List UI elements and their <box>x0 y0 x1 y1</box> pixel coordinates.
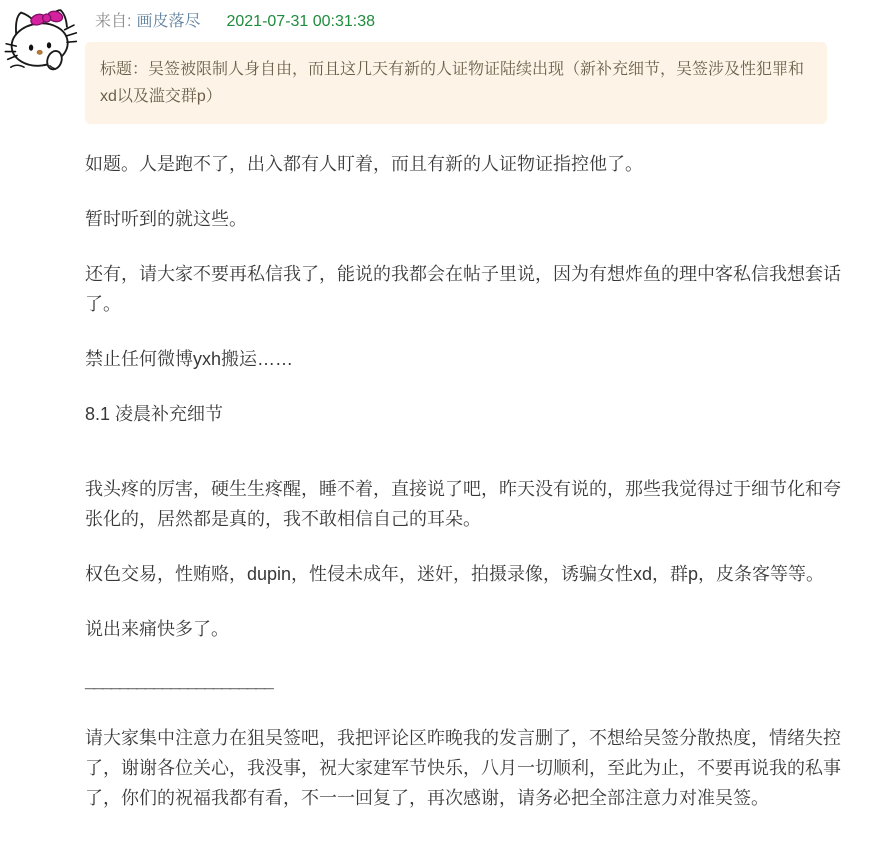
paragraph-5-heading: 8.1 凌晨补充细节 <box>85 399 847 429</box>
title-box: 标题：吴签被限制人身自由，而且这几天有新的人证物证陆续出现（新补充细节，吴签涉及… <box>85 42 827 124</box>
paragraph-9-closing: 请大家集中注意力在狙吴签吧，我把评论区昨晚我的发言删了，不想给吴签分散热度，情绪… <box>85 723 847 813</box>
paragraph-2: 暂时听到的就这些。 <box>85 204 847 234</box>
paragraph-3: 还有，请大家不要再私信我了，能说的我都会在帖子里说，因为有想炸鱼的理中客私信我想… <box>85 259 847 319</box>
forum-post-page: 来自:画皮落尽2021-07-31 00:31:38 标题：吴签被限制人身自由，… <box>0 0 870 850</box>
post-main: 来自:画皮落尽2021-07-31 00:31:38 标题：吴签被限制人身自由，… <box>0 0 870 813</box>
post-meta: 来自:画皮落尽2021-07-31 00:31:38 <box>85 12 856 32</box>
from-label: 来自: <box>95 13 131 30</box>
post-content: 如题。人是跑不了，出入都有人盯着，而且有新的人证物证指控他了。 暂时听到的就这些… <box>85 149 847 813</box>
divider: ______________________ <box>85 674 847 688</box>
paragraph-7: 权色交易，性贿赂，dupin，性侵未成年，迷奸，拍摄录像，诱骗女性xd，群p，皮… <box>85 559 847 589</box>
post-timestamp: 2021-07-31 00:31:38 <box>226 13 375 30</box>
paragraph-8: 说出来痛快多了。 <box>85 614 847 644</box>
author-link[interactable]: 画皮落尽 <box>136 13 200 30</box>
paragraph-4: 禁止任何微博yxh搬运…… <box>85 344 847 374</box>
hello-kitty-icon <box>3 4 81 82</box>
post-title: 标题：吴签被限制人身自由，而且这几天有新的人证物证陆续出现（新补充细节，吴签涉及… <box>100 61 804 105</box>
user-avatar[interactable] <box>3 4 81 82</box>
paragraph-6: 我头疼的厉害，硬生生疼醒，睡不着，直接说了吧，昨天没有说的，那些我觉得过于细节化… <box>85 474 847 534</box>
paragraph-1: 如题。人是跑不了，出入都有人盯着，而且有新的人证物证指控他了。 <box>85 149 847 179</box>
